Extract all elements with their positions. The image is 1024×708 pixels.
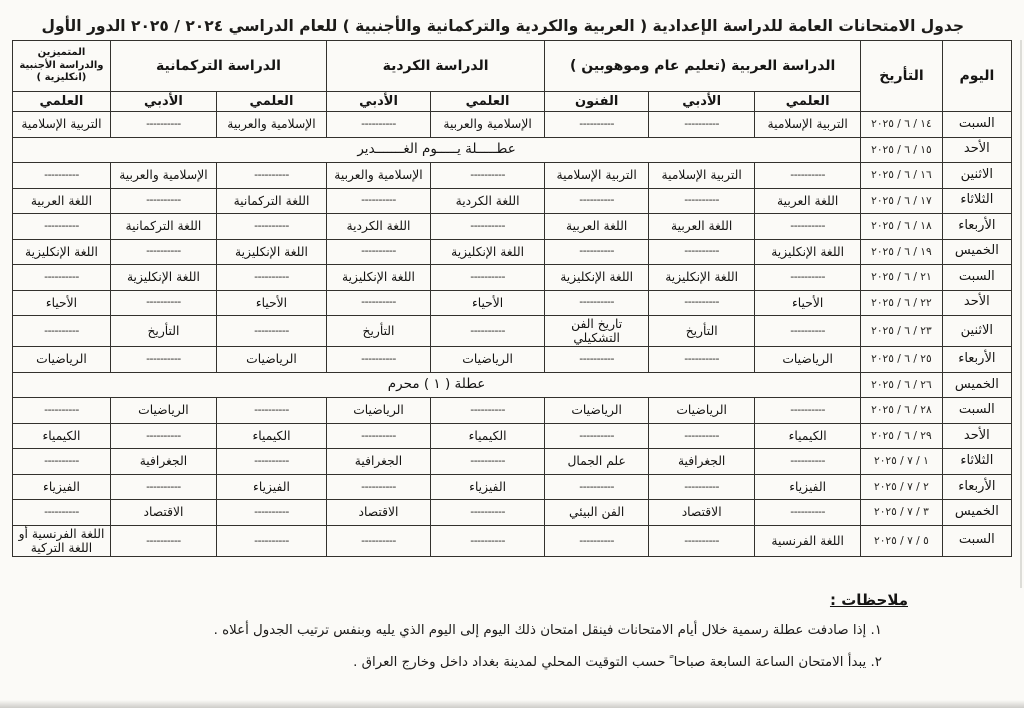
empty-cell: ---------- <box>327 474 431 500</box>
notes-heading: ملاحظات : <box>0 591 908 609</box>
empty-cell: ---------- <box>649 188 755 214</box>
empty-cell: ---------- <box>327 347 431 373</box>
subject-cell: التربية الإسلامية <box>755 112 861 138</box>
date-cell: ٥ / ٧ / ٢٠٢٥ <box>861 525 943 556</box>
subject-cell: الكيمياء <box>431 423 545 449</box>
subject-cell: التأريخ <box>649 316 755 347</box>
date-cell: ٢٣ / ٦ / ٢٠٢٥ <box>861 316 943 347</box>
subject-cell: الأحياء <box>755 290 861 316</box>
date-cell: ٢٨ / ٦ / ٢٠٢٥ <box>861 398 943 424</box>
empty-cell: ---------- <box>755 500 861 526</box>
subject-cell: الفيزياء <box>13 474 111 500</box>
empty-cell: ---------- <box>431 500 545 526</box>
empty-cell: ---------- <box>327 112 431 138</box>
day-cell: الخميس <box>942 500 1011 526</box>
holiday-cell: عطـــــلة يـــــوم الغـــــــدير <box>13 137 861 163</box>
empty-cell: ---------- <box>649 423 755 449</box>
subject-cell: اللغة الإنكليزية <box>545 265 649 291</box>
empty-cell: ---------- <box>110 290 216 316</box>
empty-cell: ---------- <box>545 525 649 556</box>
empty-cell: ---------- <box>110 423 216 449</box>
group-header-arabic-study: الدراسة العربية (تعليم عام وموهوبين ) <box>545 41 861 92</box>
subject-cell: اللغة الإنكليزية <box>649 265 755 291</box>
holiday-cell: عطلة ( ١ ) محرم <box>13 372 861 398</box>
table-row: السبت٥ / ٧ / ٢٠٢٥اللغة الفرنسية---------… <box>13 525 1012 556</box>
subheader-foreign-scientific: العلمي <box>13 92 111 112</box>
note-item: ١. إذا صادفت عطلة رسمية خلال أيام الامتح… <box>0 623 882 638</box>
subject-cell: الجغرافية <box>327 449 431 475</box>
subject-cell: اللغة التركمانية <box>110 214 216 240</box>
table-row: الأحد٢٩ / ٦ / ٢٠٢٥الكيمياء--------------… <box>13 423 1012 449</box>
empty-cell: ---------- <box>13 265 111 291</box>
empty-cell: ---------- <box>327 290 431 316</box>
subheader-turkmen-scientific: العلمي <box>216 92 326 112</box>
empty-cell: ---------- <box>431 214 545 240</box>
subject-cell: اللغة الفرنسية أو اللغة التركية <box>13 525 111 556</box>
day-cell: الثلاثاء <box>942 449 1011 475</box>
empty-cell: ---------- <box>13 398 111 424</box>
subject-cell: اللغة التركمانية <box>216 188 326 214</box>
note-item: ٢. يبدأ الامتحان الساعة السابعة صباحا ً … <box>0 655 882 670</box>
day-cell: الثلاثاء <box>942 188 1011 214</box>
empty-cell: ---------- <box>110 239 216 265</box>
empty-cell: ---------- <box>431 449 545 475</box>
table-header-group-row: اليوم التأريخ الدراسة العربية (تعليم عام… <box>13 41 1012 92</box>
empty-cell: ---------- <box>216 316 326 347</box>
subject-cell: اللغة الكردية <box>431 188 545 214</box>
subject-cell: الكيمياء <box>216 423 326 449</box>
empty-cell: ---------- <box>649 347 755 373</box>
subject-cell: اللغة الكردية <box>327 214 431 240</box>
subject-cell: الكيمياء <box>755 423 861 449</box>
empty-cell: ---------- <box>110 112 216 138</box>
subject-cell: اللغة العربية <box>13 188 111 214</box>
group-header-kurdish-study: الدراسة الكردية <box>327 41 545 92</box>
empty-cell: ---------- <box>545 474 649 500</box>
empty-cell: ---------- <box>327 525 431 556</box>
subject-cell: الاقتصاد <box>649 500 755 526</box>
table-row: الأربعاء٢ / ٧ / ٢٠٢٥الفيزياء------------… <box>13 474 1012 500</box>
table-row: الأحد١٥ / ٦ / ٢٠٢٥عطـــــلة يـــــوم الغ… <box>13 137 1012 163</box>
subject-cell: اللغة الإنكليزية <box>755 239 861 265</box>
empty-cell: ---------- <box>431 398 545 424</box>
day-cell: السبت <box>942 112 1011 138</box>
empty-cell: ---------- <box>216 449 326 475</box>
subject-cell: الأحياء <box>431 290 545 316</box>
empty-cell: ---------- <box>13 449 111 475</box>
subject-cell: الإسلامية والعربية <box>327 163 431 189</box>
date-cell: ٢ / ٧ / ٢٠٢٥ <box>861 474 943 500</box>
date-cell: ٢٩ / ٦ / ٢٠٢٥ <box>861 423 943 449</box>
col-header-day: اليوم <box>942 41 1011 112</box>
subject-cell: الجغرافية <box>649 449 755 475</box>
subject-cell: الرياضيات <box>216 347 326 373</box>
day-cell: السبت <box>942 398 1011 424</box>
subject-cell: اللغة الإنكليزية <box>431 239 545 265</box>
subject-cell: الرياضيات <box>755 347 861 373</box>
subject-cell: الكيمياء <box>13 423 111 449</box>
table-row: الاثنين٢٣ / ٦ / ٢٠٢٥----------التأريختار… <box>13 316 1012 347</box>
table-row: الأحد٢٢ / ٦ / ٢٠٢٥الأحياء---------------… <box>13 290 1012 316</box>
empty-cell: ---------- <box>216 214 326 240</box>
empty-cell: ---------- <box>431 163 545 189</box>
subject-cell: اللغة الفرنسية <box>755 525 861 556</box>
day-cell: الأحد <box>942 290 1011 316</box>
date-cell: ٣ / ٧ / ٢٠٢٥ <box>861 500 943 526</box>
empty-cell: ---------- <box>545 423 649 449</box>
empty-cell: ---------- <box>216 398 326 424</box>
subject-cell: اللغة العربية <box>545 214 649 240</box>
day-cell: الأربعاء <box>942 474 1011 500</box>
empty-cell: ---------- <box>755 214 861 240</box>
group-header-turkmen-study: الدراسة التركمانية <box>110 41 326 92</box>
day-cell: الأحد <box>942 137 1011 163</box>
subject-cell: التربية الإسلامية <box>649 163 755 189</box>
subheader-arabic-arts: الفنون <box>545 92 649 112</box>
subject-cell: اللغة الإنكليزية <box>13 239 111 265</box>
table-row: الاثنين١٦ / ٦ / ٢٠٢٥----------التربية ال… <box>13 163 1012 189</box>
day-cell: السبت <box>942 525 1011 556</box>
col-header-date: التأريخ <box>861 41 943 112</box>
table-row: السبت٢١ / ٦ / ٢٠٢٥----------اللغة الإنكل… <box>13 265 1012 291</box>
date-cell: ٢٦ / ٦ / ٢٠٢٥ <box>861 372 943 398</box>
scanned-document-page: جدول الامتحانات العامة للدراسة الإعدادية… <box>0 0 1024 708</box>
subject-cell: الرياضيات <box>431 347 545 373</box>
subject-cell: الفيزياء <box>216 474 326 500</box>
notes-section: ملاحظات : ١. إذا صادفت عطلة رسمية خلال أ… <box>0 591 908 670</box>
scan-bottom-shadow <box>0 700 1024 708</box>
date-cell: ٢٢ / ٦ / ٢٠٢٥ <box>861 290 943 316</box>
empty-cell: ---------- <box>545 239 649 265</box>
subject-cell: الإسلامية والعربية <box>216 112 326 138</box>
subject-cell: اللغة الإنكليزية <box>216 239 326 265</box>
date-cell: ١ / ٧ / ٢٠٢٥ <box>861 449 943 475</box>
subject-cell: الرياضيات <box>13 347 111 373</box>
subject-cell: الرياضيات <box>110 398 216 424</box>
subject-cell: الفن البيئي <box>545 500 649 526</box>
empty-cell: ---------- <box>755 449 861 475</box>
subheader-turkmen-literary: الأدبي <box>110 92 216 112</box>
table-row: الأربعاء١٨ / ٦ / ٢٠٢٥----------اللغة الع… <box>13 214 1012 240</box>
exam-schedule-table: اليوم التأريخ الدراسة العربية (تعليم عام… <box>12 40 1012 557</box>
subject-cell: الأحياء <box>13 290 111 316</box>
empty-cell: ---------- <box>755 398 861 424</box>
empty-cell: ---------- <box>545 112 649 138</box>
day-cell: الأربعاء <box>942 214 1011 240</box>
day-cell: الاثنين <box>942 163 1011 189</box>
day-cell: السبت <box>942 265 1011 291</box>
empty-cell: ---------- <box>110 347 216 373</box>
date-cell: ١٦ / ٦ / ٢٠٢٥ <box>861 163 943 189</box>
day-cell: الخميس <box>942 239 1011 265</box>
table-row: الثلاثاء١٧ / ٦ / ٢٠٢٥اللغة العربية------… <box>13 188 1012 214</box>
subject-cell: الرياضيات <box>649 398 755 424</box>
subheader-arabic-scientific: العلمي <box>755 92 861 112</box>
empty-cell: ---------- <box>431 525 545 556</box>
subheader-kurdish-scientific: العلمي <box>431 92 545 112</box>
empty-cell: ---------- <box>649 239 755 265</box>
empty-cell: ---------- <box>13 163 111 189</box>
empty-cell: ---------- <box>755 163 861 189</box>
table-row: الخميس٢٦ / ٦ / ٢٠٢٥عطلة ( ١ ) محرم <box>13 372 1012 398</box>
subject-cell: الجغرافية <box>110 449 216 475</box>
empty-cell: ---------- <box>649 290 755 316</box>
subject-cell: التأريخ <box>327 316 431 347</box>
date-cell: ١٧ / ٦ / ٢٠٢٥ <box>861 188 943 214</box>
empty-cell: ---------- <box>755 265 861 291</box>
subject-cell: التربية الإسلامية <box>13 112 111 138</box>
table-row: الخميس١٩ / ٦ / ٢٠٢٥اللغة الإنكليزية-----… <box>13 239 1012 265</box>
subject-cell: اللغة العربية <box>649 214 755 240</box>
date-cell: ٢٥ / ٦ / ٢٠٢٥ <box>861 347 943 373</box>
table-row: الأربعاء٢٥ / ٦ / ٢٠٢٥الرياضيات----------… <box>13 347 1012 373</box>
date-cell: ٢١ / ٦ / ٢٠٢٥ <box>861 265 943 291</box>
subject-cell: الرياضيات <box>545 398 649 424</box>
subject-cell: الأحياء <box>216 290 326 316</box>
empty-cell: ---------- <box>110 474 216 500</box>
empty-cell: ---------- <box>216 163 326 189</box>
empty-cell: ---------- <box>545 188 649 214</box>
empty-cell: ---------- <box>327 188 431 214</box>
subject-cell: اللغة الإنكليزية <box>110 265 216 291</box>
date-cell: ١٩ / ٦ / ٢٠٢٥ <box>861 239 943 265</box>
empty-cell: ---------- <box>649 525 755 556</box>
subject-cell: الإسلامية والعربية <box>431 112 545 138</box>
subject-cell: الاقتصاد <box>327 500 431 526</box>
empty-cell: ---------- <box>216 500 326 526</box>
subject-cell: التربية الإسلامية <box>545 163 649 189</box>
subject-cell: علم الجمال <box>545 449 649 475</box>
empty-cell: ---------- <box>327 239 431 265</box>
group-header-foreign-study: المتميزين والدراسة الأجنبية (انكليزية ) <box>13 41 111 92</box>
empty-cell: ---------- <box>649 474 755 500</box>
empty-cell: ---------- <box>431 265 545 291</box>
subject-cell: التأريخ <box>110 316 216 347</box>
empty-cell: ---------- <box>110 188 216 214</box>
empty-cell: ---------- <box>545 290 649 316</box>
empty-cell: ---------- <box>216 525 326 556</box>
table-row: الثلاثاء١ / ٧ / ٢٠٢٥----------الجغرافيةع… <box>13 449 1012 475</box>
date-cell: ١٥ / ٦ / ٢٠٢٥ <box>861 137 943 163</box>
empty-cell: ---------- <box>431 316 545 347</box>
empty-cell: ---------- <box>216 265 326 291</box>
table-row: السبت٢٨ / ٦ / ٢٠٢٥----------الرياضياتالر… <box>13 398 1012 424</box>
subject-cell: تاريخ الفن التشكيلي <box>545 316 649 347</box>
empty-cell: ---------- <box>755 316 861 347</box>
empty-cell: ---------- <box>545 347 649 373</box>
subject-cell: اللغة الإنكليزية <box>327 265 431 291</box>
subheader-arabic-literary: الأدبي <box>649 92 755 112</box>
subject-cell: الفيزياء <box>431 474 545 500</box>
subject-cell: الفيزياء <box>755 474 861 500</box>
table-row: الخميس٣ / ٧ / ٢٠٢٥----------الاقتصادالفن… <box>13 500 1012 526</box>
table-row: السبت١٤ / ٦ / ٢٠٢٥التربية الإسلامية-----… <box>13 112 1012 138</box>
day-cell: الخميس <box>942 372 1011 398</box>
subject-cell: اللغة العربية <box>755 188 861 214</box>
date-cell: ١٤ / ٦ / ٢٠٢٥ <box>861 112 943 138</box>
subject-cell: الإسلامية والعربية <box>110 163 216 189</box>
empty-cell: ---------- <box>110 525 216 556</box>
day-cell: الأربعاء <box>942 347 1011 373</box>
empty-cell: ---------- <box>13 500 111 526</box>
day-cell: الاثنين <box>942 316 1011 347</box>
empty-cell: ---------- <box>13 316 111 347</box>
subject-cell: الرياضيات <box>327 398 431 424</box>
schedule-body: السبت١٤ / ٦ / ٢٠٢٥التربية الإسلامية-----… <box>13 112 1012 557</box>
empty-cell: ---------- <box>649 112 755 138</box>
subject-cell: الاقتصاد <box>110 500 216 526</box>
day-cell: الأحد <box>942 423 1011 449</box>
date-cell: ١٨ / ٦ / ٢٠٢٥ <box>861 214 943 240</box>
page-title: جدول الامتحانات العامة للدراسة الإعدادية… <box>60 17 964 35</box>
empty-cell: ---------- <box>13 214 111 240</box>
scan-right-shadow <box>1020 40 1022 588</box>
empty-cell: ---------- <box>327 423 431 449</box>
subheader-kurdish-literary: الأدبي <box>327 92 431 112</box>
